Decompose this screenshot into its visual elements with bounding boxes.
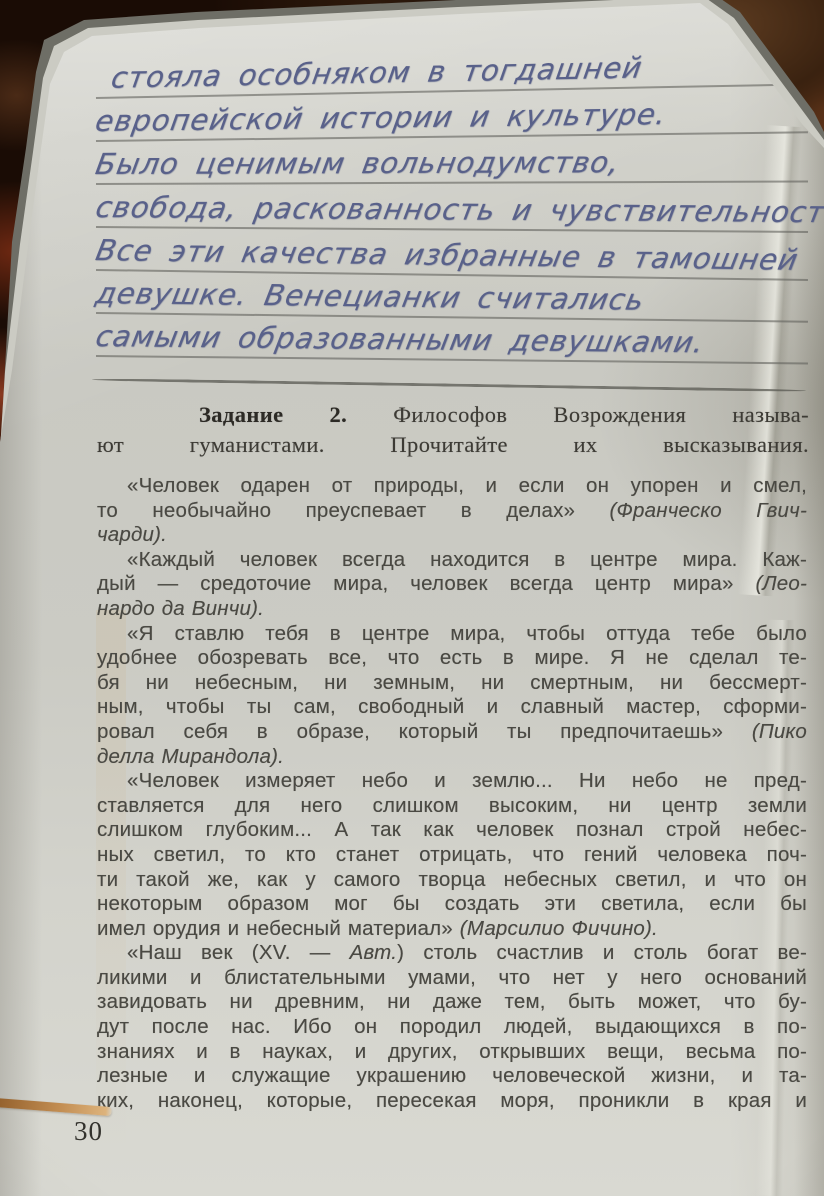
quote-line: знаниях и в науках, и других, открывших …	[97, 1040, 807, 1065]
quote-paragraph: «Человек одарен от природы, и если он уп…	[97, 474, 807, 548]
task-heading: Задание 2. Философов Возрождения называ-…	[97, 400, 809, 459]
quote-line: делла Мирандола).	[97, 745, 807, 770]
handwritten-answer-area: стояла особняком в тогдашнейевропейской …	[96, 56, 808, 357]
quote-line: ным, чтобы ты сам, свободный и славный м…	[97, 695, 807, 720]
quote-line: «Человек одарен от природы, и если он уп…	[97, 474, 807, 499]
quote-line: ти такой же, как у самого творца небесны…	[97, 868, 807, 893]
task-heading-line-1: Задание 2. Философов Возрождения называ-	[97, 400, 809, 430]
handwritten-answer-line: самыми образованными девушками.	[96, 314, 808, 364]
task-number-label: Задание 2.	[199, 402, 347, 427]
quote-line: завидовать ни древним, ни даже тем, быть…	[97, 990, 807, 1015]
handwritten-text: стояла особняком в тогдашней	[108, 45, 646, 99]
quote-line: ликими и блистательными умами, что нет у…	[97, 966, 807, 991]
quote-line: некоторым образом мог бы создать эти све…	[97, 892, 807, 917]
quote-line: ных светил, то кто станет отрицать, что …	[97, 843, 807, 868]
answer-ruled-line-empty	[92, 378, 806, 392]
handwritten-text: самыми образованными девушками.	[92, 314, 708, 364]
workbook-page: стояла особняком в тогдашнейевропейской …	[0, 0, 824, 1196]
quote-line: имел орудия и небесный материал» (Марсил…	[97, 917, 807, 942]
task-heading-line-2: ют гуманистами. Прочитайте их высказыван…	[97, 430, 809, 460]
quotes-text-block: «Человек одарен от природы, и если он уп…	[97, 474, 807, 1113]
page-number: 30	[74, 1116, 103, 1147]
quote-line: «Наш век (XV. — Авт.) столь счастлив и с…	[97, 941, 807, 966]
quote-line: дут после нас. Ибо он породил людей, выд…	[97, 1015, 807, 1040]
quote-paragraph: «Я ставлю тебя в центре мира, чтобы отту…	[97, 622, 807, 770]
quote-line: слишком глубоким... А так как человек по…	[97, 818, 807, 843]
quote-line: ких, наконец, которые, пересекая моря, п…	[97, 1089, 807, 1114]
handwritten-answer-line: европейской истории и культуре.	[95, 90, 807, 142]
quote-paragraph: «Наш век (XV. — Авт.) столь счастлив и с…	[97, 941, 807, 1113]
quote-line: бя ни небесным, ни земным, ни смертным, …	[97, 671, 807, 696]
quote-line: лезные и служащие украшению человеческой…	[97, 1064, 807, 1089]
quote-line: «Я ставлю тебя в центре мира, чтобы отту…	[97, 622, 807, 647]
handwritten-answer-line: Было ценимым вольнодумство,	[96, 140, 808, 185]
quote-line: ставляется для него слишком высоким, ни …	[97, 794, 807, 819]
quote-line: то необычайно преуспевает в делах» (Фран…	[97, 499, 807, 524]
handwritten-text: европейской истории и культуре.	[92, 92, 670, 143]
photo-of-workbook-page: стояла особняком в тогдашнейевропейской …	[0, 0, 824, 1196]
quote-line: «Человек измеряет небо и землю... Ни неб…	[97, 769, 807, 794]
quote-line: ровал себя в образе, который ты предпочи…	[97, 720, 807, 745]
quote-line: «Каждый человек всегда находится в центр…	[97, 548, 807, 573]
quote-paragraph: «Человек измеряет небо и землю... Ни неб…	[97, 769, 807, 941]
handwritten-answer-line: свобода, раскованность и чувствительност…	[96, 185, 808, 233]
handwritten-text: Было ценимым вольнодумство,	[92, 140, 623, 186]
task-title-part-1: Философов Возрождения называ-	[347, 402, 809, 427]
handwritten-answer-line: стояла особняком в тогдашней	[95, 42, 808, 99]
quote-line: дый — средоточие мира, человек всегда це…	[97, 572, 807, 597]
quote-line: нардо да Винчи).	[97, 597, 807, 622]
handwritten-text: свобода, раскованность и чувствительност…	[92, 185, 824, 234]
quote-paragraph: «Каждый человек всегда находится в центр…	[97, 548, 807, 622]
quote-line: чарди).	[97, 523, 807, 548]
quote-line: удобнее обозревать все, что есть в мире.…	[97, 646, 807, 671]
